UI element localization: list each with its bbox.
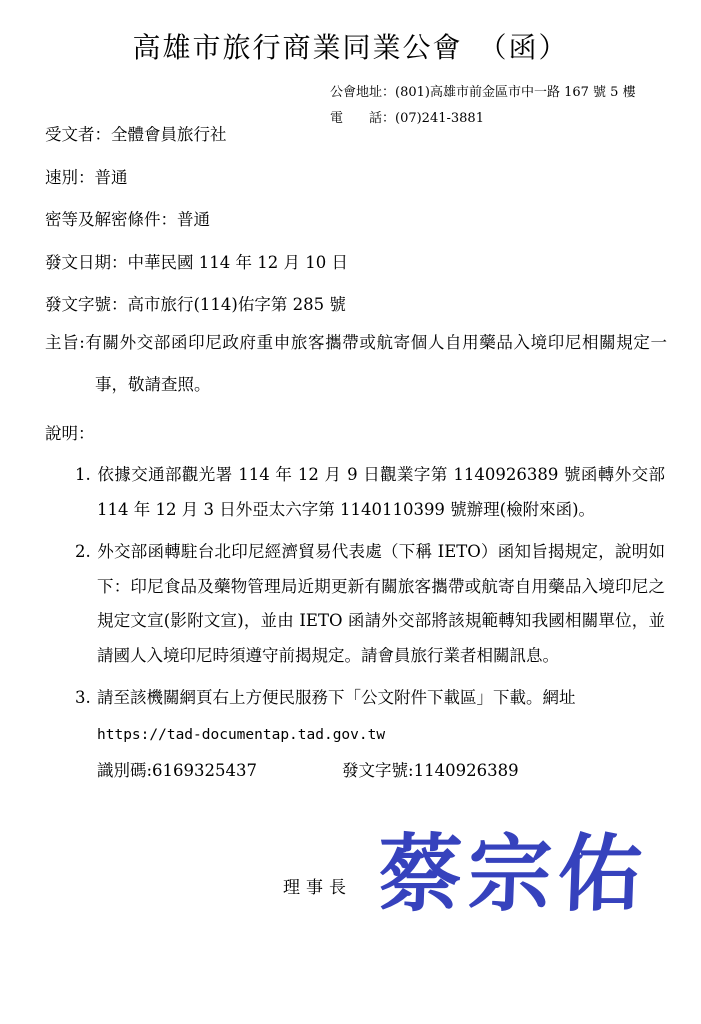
item-text: 依據交通部觀光署 114 年 12 月 9 日觀業字第 1140926389 號… [97,465,665,519]
field-value: 普通 [95,168,128,187]
explanation-heading: 說明： [45,420,95,444]
signature-block: 理事長 蔡宗佑 [283,828,648,920]
field-row-issue-date: 發文日期：中華民國 114 年 12 月 10 日 [45,242,348,285]
explanation-item-2: 2.外交部函轉駐台北印尼經濟貿易代表處（下稱 IETO）函知旨揭規定，說明如下：… [75,535,665,673]
item-text: 外交部函轉駐台北印尼經濟貿易代表處（下稱 IETO）函知旨揭規定，說明如下：印尼… [97,542,665,665]
subject-label: 主旨: [45,333,85,352]
contact-phone: 電 話：(07)241-3881 [330,106,636,132]
field-label: 受文者： [45,125,111,144]
item-number: 2. [75,535,97,570]
field-label: 速別： [45,168,95,187]
field-label: 密等及解密條件： [45,210,177,229]
contact-address: 公會地址：(801)高雄市前金區市中一路 167 號 5 樓 [330,80,636,106]
id-code: 識別碼:6169325437 [97,761,257,780]
contact-block: 公會地址：(801)高雄市前金區市中一路 167 號 5 樓 電 話：(07)2… [330,80,636,132]
item-text: 請至該機關網頁右上方便民服務下「公文附件下載區」下載。網址 [97,688,576,707]
letter-page: 高雄市旅行商業同業公會 （函） 公會地址：(801)高雄市前金區市中一路 167… [0,0,701,1024]
field-row-doc-number: 發文字號：高市旅行(114)佑字第 285 號 [45,284,348,327]
explanation-list: 1.依據交通部觀光署 114 年 12 月 9 日觀業字第 1140926389… [75,458,665,796]
field-row-speed: 速別：普通 [45,157,348,200]
field-value: 高市旅行(114)佑字第 285 號 [128,295,346,314]
explanation-item-1: 1.依據交通部觀光署 114 年 12 月 9 日觀業字第 1140926389… [75,458,665,527]
field-value: 全體會員旅行社 [111,125,227,144]
code-line: 識別碼:6169325437發文字號:1140926389 [97,753,665,788]
signature-name: 蔡宗佑 [376,828,649,920]
field-label: 發文日期： [45,253,128,272]
explanation-item-3: 3.請至該機關網頁右上方便民服務下「公文附件下載區」下載。網址 https://… [75,681,665,788]
item-number: 1. [75,458,97,493]
ref-doc-number: 發文字號:1140926389 [342,761,519,780]
page-title: 高雄市旅行商業同業公會 （函） [0,26,701,66]
signature-title: 理事長 [283,873,352,898]
meta-fields: 受文者：全體會員旅行社 速別：普通 密等及解密條件：普通 發文日期：中華民國 1… [45,114,348,327]
field-label: 發文字號： [45,295,128,314]
subject-text: 有關外交部函印尼政府重申旅客攜帶或航寄個人自用藥品入境印尼相關規定一事，敬請查照… [85,333,667,394]
item-number: 3. [75,681,97,716]
field-value: 中華民國 114 年 12 月 10 日 [128,253,348,272]
field-row-classification: 密等及解密條件：普通 [45,199,348,242]
attachment-url-line: https://tad-documentap.tad.gov.tw [97,716,665,753]
field-value: 普通 [177,210,210,229]
field-row-recipient: 受文者：全體會員旅行社 [45,114,348,157]
attachment-url-link[interactable]: https://tad-documentap.tad.gov.tw [97,727,385,743]
subject-paragraph: 主旨:有關外交部函印尼政府重申旅客攜帶或航寄個人自用藥品入境印尼相關規定一事，敬… [45,322,667,406]
